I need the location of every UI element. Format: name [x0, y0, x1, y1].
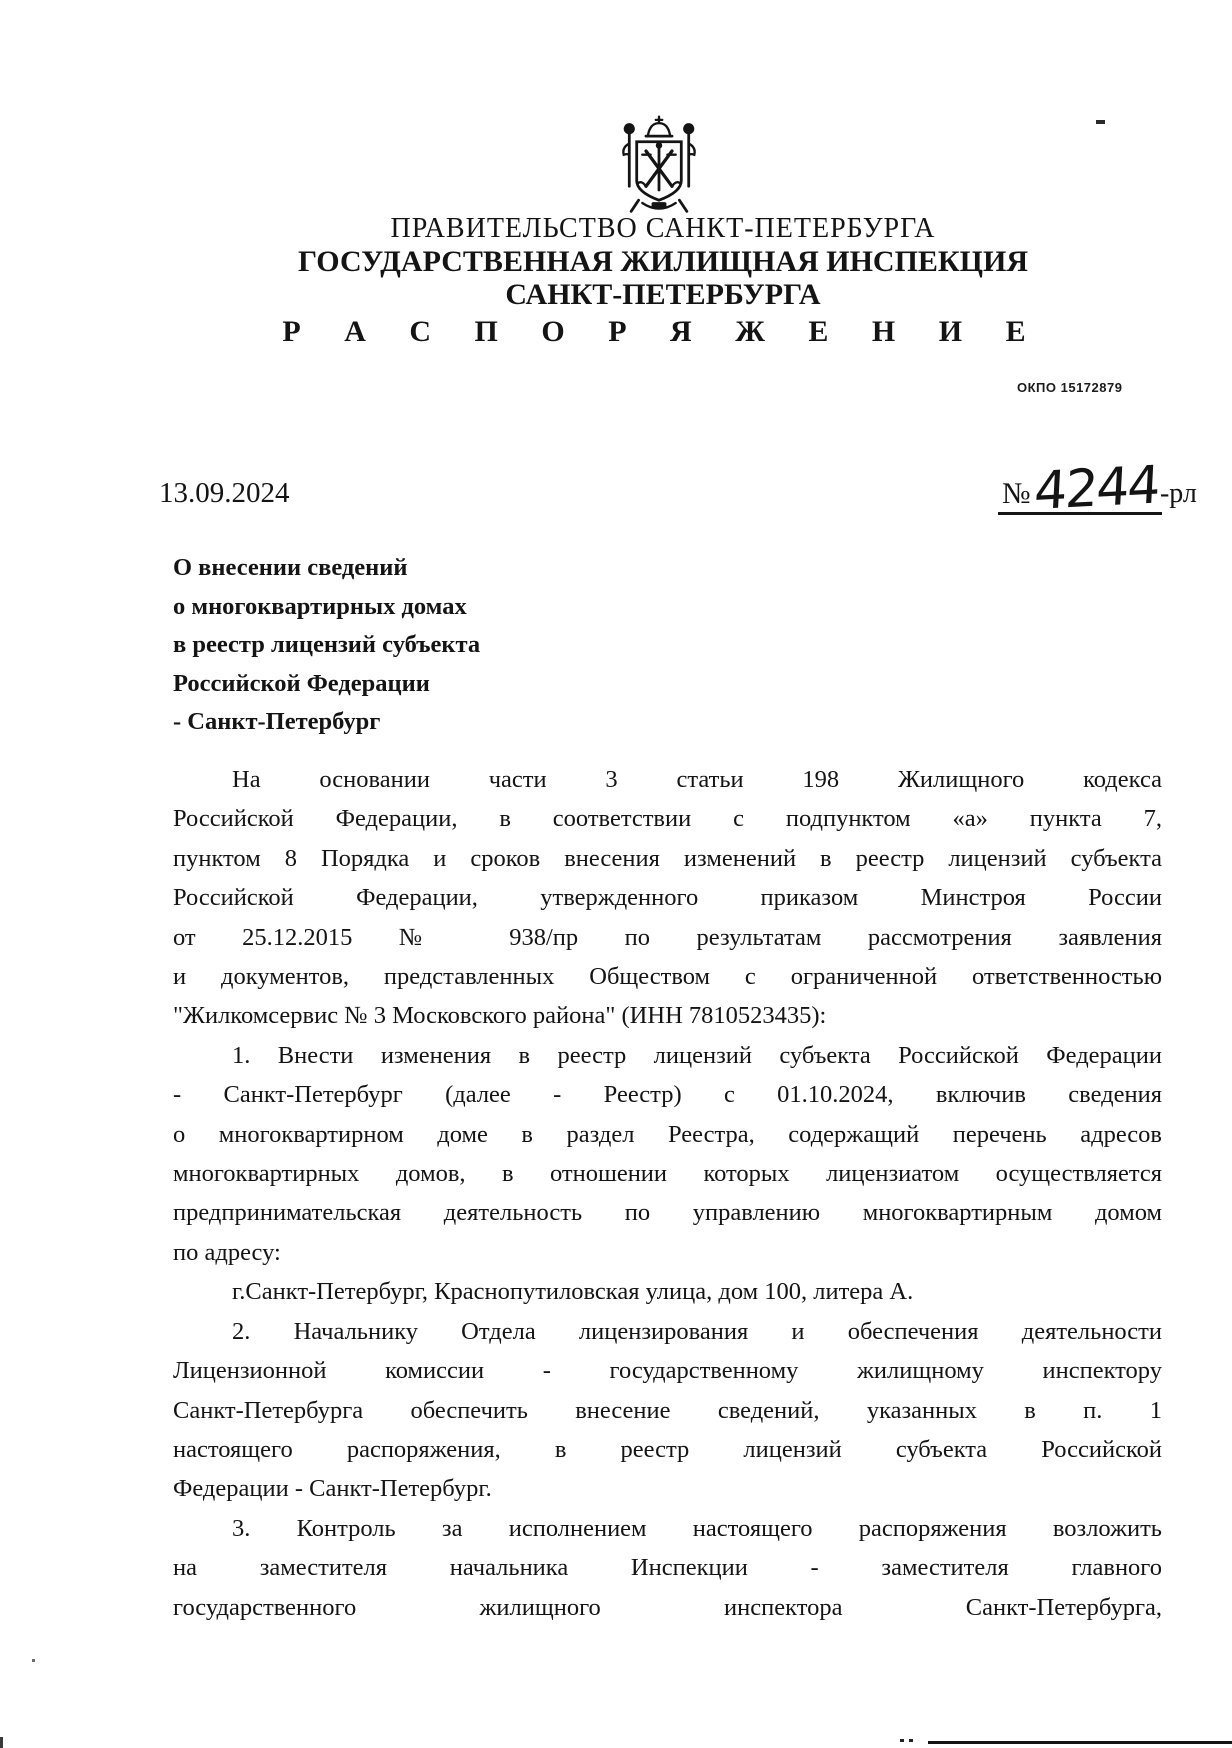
spb-coat-of-arms-icon: [606, 112, 712, 216]
text-line: Российской Федерации, в соответствии с п…: [173, 799, 1162, 838]
text-line: и документов, представленных Обществом с…: [173, 957, 1162, 996]
text-line: о многоквартирных домах: [173, 588, 873, 627]
scan-artifact-dot: [32, 1659, 35, 1662]
scan-artifact-dots: [900, 1739, 914, 1742]
text-line: в реестр лицензий субъекта: [173, 626, 873, 665]
agency-name-line2: САНКТ-ПЕТЕРБУРГА: [94, 278, 1232, 311]
text-line: - Санкт-Петербург: [173, 703, 873, 742]
text-line: Российской Федерации, утвержденного прик…: [173, 878, 1162, 917]
number-suffix: -рл: [1160, 480, 1197, 508]
text-line: Российской Федерации: [173, 665, 873, 704]
scan-artifact-dash: [1096, 120, 1105, 124]
okpo-code: ОКПО 15172879: [1017, 380, 1122, 395]
scan-artifact-tick: [0, 1737, 3, 1748]
text-line: по адресу:: [173, 1233, 1162, 1272]
agency-name-line1: ГОСУДАРСТВЕННАЯ ЖИЛИЩНАЯ ИНСПЕКЦИЯ: [94, 245, 1232, 278]
document-page: ПРАВИТЕЛЬСТВО САНКТ-ПЕТЕРБУРГА ГОСУДАРСТ…: [0, 0, 1232, 1748]
text-line: Лицензионной комиссии - государственному…: [173, 1351, 1162, 1390]
text-line: 3. Контроль за исполнением настоящего ра…: [173, 1509, 1162, 1548]
text-line: настоящего распоряжения, в реестр лиценз…: [173, 1430, 1162, 1469]
number-sign: №: [1002, 479, 1031, 509]
text-line: 2. Начальнику Отдела лицензирования и об…: [173, 1312, 1162, 1351]
subject-block: О внесении сведенийо многоквартирных дом…: [173, 549, 873, 742]
text-line: На основании части 3 статьи 198 Жилищног…: [173, 760, 1162, 799]
text-line: многоквартирных домов, в отношении котор…: [173, 1154, 1162, 1193]
text-line: пунктом 8 Порядка и сроков внесения изме…: [173, 839, 1162, 878]
text-line: Санкт-Петербурга обеспечить внесение све…: [173, 1391, 1162, 1430]
text-line: "Жилкомсервис № 3 Московского района" (И…: [173, 996, 1162, 1035]
document-number: № 4244 -рл: [998, 444, 1162, 515]
number-handwritten: 4244: [1033, 461, 1160, 516]
government-title: ПРАВИТЕЛЬСТВО САНКТ-ПЕТЕРБУРГА: [94, 212, 1232, 245]
text-line: на заместителя начальника Инспекции - за…: [173, 1548, 1162, 1587]
text-line: государственного жилищного инспектора Са…: [173, 1588, 1162, 1627]
document-date: 13.09.2024: [159, 477, 290, 510]
text-line: О внесении сведений: [173, 549, 873, 588]
text-line: Федерации - Санкт-Петербург.: [173, 1469, 1162, 1508]
letterhead: ПРАВИТЕЛЬСТВО САНКТ-ПЕТЕРБУРГА ГОСУДАРСТ…: [94, 212, 1232, 350]
text-line: - Санкт-Петербург (далее - Реестр) с 01.…: [173, 1075, 1162, 1114]
text-line: г.Санкт-Петербург, Краснопутиловская ули…: [173, 1272, 1162, 1311]
document-type: Р А С П О Р Я Ж Е Н И Е: [94, 314, 1232, 350]
body-text: На основании части 3 статьи 198 Жилищног…: [173, 760, 1162, 1627]
text-line: предпринимательская деятельность по упра…: [173, 1193, 1162, 1232]
text-line: от 25.12.2015 № 938/пр по результатам ра…: [173, 918, 1162, 957]
scan-artifact-line: [928, 1741, 1232, 1744]
text-line: о многоквартирном доме в раздел Реестра,…: [173, 1115, 1162, 1154]
text-line: 1. Внести изменения в реестр лицензий су…: [173, 1036, 1162, 1075]
